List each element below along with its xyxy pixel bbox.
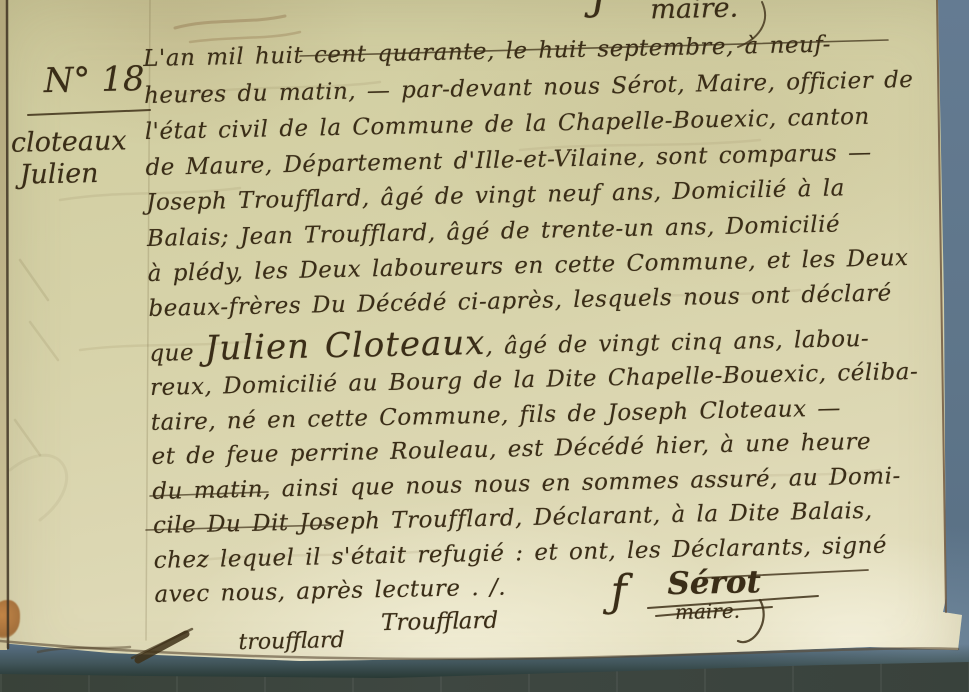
manuscript-line: à plédy, les Deux laboureurs en cette Co… bbox=[147, 244, 957, 287]
act-number: N° 18 bbox=[43, 59, 145, 101]
mayor-paraph: ƒ bbox=[610, 570, 627, 614]
manuscript-line: Joseph Troufflard, âgé de vingt neuf ans… bbox=[146, 173, 956, 216]
previous-act-paraph: ƒ bbox=[592, 0, 609, 18]
deceased-name: Julien Cloteaux bbox=[204, 323, 485, 369]
scanned-death-record: N° 18 cloteaux Julien ƒ maire. L'an mil … bbox=[0, 0, 969, 692]
manuscript-line: Balais; Jean Troufflard, âgé de trente-u… bbox=[147, 209, 957, 252]
manuscript-line: heures du matin, — par-devant nous Sérot… bbox=[144, 66, 954, 109]
signature-mayor: Sérot bbox=[667, 564, 761, 602]
deceased-line-suffix: , âgé de vingt cinq ans, labou- bbox=[485, 326, 869, 360]
deceased-line-prefix: que bbox=[149, 340, 205, 367]
manuscript-line: l'état civil de la Commune de la Chapell… bbox=[145, 102, 955, 145]
manuscript-line: de Maure, Département d'Ille-et-Vilaine,… bbox=[145, 138, 955, 181]
signature-mayor-title: maire. bbox=[675, 599, 741, 624]
manuscript-line: cile Du Dit Joseph Troufflard, Déclarant… bbox=[153, 496, 963, 539]
margin-given-name: Julien bbox=[19, 158, 98, 191]
signature-witness-1: troufflard bbox=[238, 628, 345, 655]
manuscript-text-layer: N° 18 cloteaux Julien ƒ maire. L'an mil … bbox=[0, 0, 969, 692]
manuscript-line: avec nous, après lecture . /. bbox=[154, 565, 964, 608]
manuscript-line: et de feue perrine Rouleau, est Décédé h… bbox=[151, 427, 961, 470]
signature-witness-2: Troufflard bbox=[381, 608, 499, 636]
margin-surname: cloteaux bbox=[11, 125, 127, 158]
manuscript-line: L'an mil huit cent quarante, le huit sep… bbox=[143, 29, 953, 72]
previous-act-maire: maire. bbox=[650, 0, 738, 25]
